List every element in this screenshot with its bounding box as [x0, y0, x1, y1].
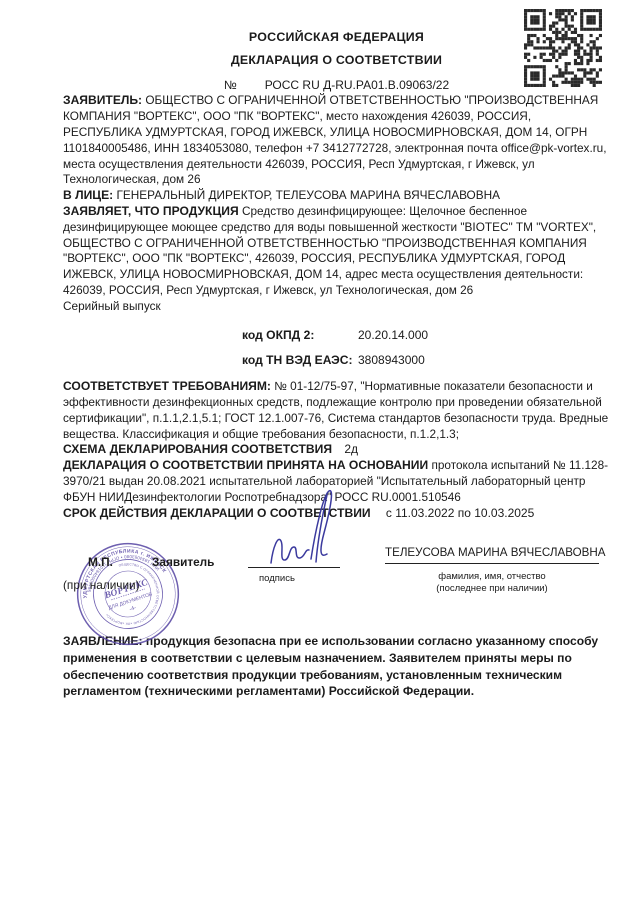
signature-line — [248, 549, 340, 568]
scheme-line: СХЕМА ДЕКЛАРИРОВАНИЯ СООТВЕТСТВИЯ 2д — [63, 442, 610, 458]
scheme-label: СХЕМА ДЕКЛАРИРОВАНИЯ СООТВЕТСТВИЯ — [63, 442, 332, 456]
if-available-label: (при наличии) — [63, 578, 140, 594]
person-text: ГЕНЕРАЛЬНЫЙ ДИРЕКТОР, ТЕЛЕУСОВА МАРИНА В… — [116, 188, 500, 202]
document-number: РОСС RU Д-RU.РА01.В.09063/22 — [265, 78, 449, 92]
requirements-paragraph: СООТВЕТСТВУЕТ ТРЕБОВАНИЯМ: № 01-12/75-97… — [63, 379, 610, 442]
validity-dates: с 11.03.2022 по 10.03.2025 — [386, 506, 534, 520]
applicant-role-label: Заявитель — [152, 555, 214, 571]
product-paragraph: ЗАЯВЛЯЕТ, ЧТО ПРОДУКЦИЯ Средство дезинфи… — [63, 204, 610, 315]
okpd-code-label: код ОКПД 2: — [242, 328, 358, 344]
basis-label: ДЕКЛАРАЦИЯ О СООТВЕТСТВИИ ПРИНЯТА НА ОСН… — [63, 458, 428, 472]
okpd-code-value: 20.20.14.000 — [358, 328, 428, 344]
fio-caption-line1: фамилия, имя, отчество — [385, 571, 599, 582]
person-paragraph: В ЛИЦЕ: ГЕНЕРАЛЬНЫЙ ДИРЕКТОР, ТЕЛЕУСОВА … — [63, 188, 610, 204]
tnved-code-row: код ТН ВЭД ЕАЭС: 3808943000 — [63, 353, 610, 369]
signer-full-name: ТЕЛЕУСОВА МАРИНА ВЯЧЕСЛАВОВНА — [385, 545, 599, 564]
person-label: В ЛИЦЕ: — [63, 188, 113, 202]
declaration-document: РОССИЙСКАЯ ФЕДЕРАЦИЯ ДЕКЛАРАЦИЯ О СООТВЕ… — [0, 0, 636, 899]
requirements-label: СООТВЕТСТВУЕТ ТРЕБОВАНИЯМ: — [63, 379, 271, 393]
qr-code — [524, 9, 602, 87]
signing-area: УДМУРТСКАЯ РЕСПУБЛИКА г. ИЖЕВСК ИНН 1834… — [63, 525, 610, 633]
document-content: РОССИЙСКАЯ ФЕДЕРАЦИЯ ДЕКЛАРАЦИЯ О СООТВЕ… — [0, 0, 636, 700]
tnved-code-label: код ТН ВЭД ЕАЭС: — [242, 353, 358, 369]
fio-caption-line2: (последнее при наличии) — [385, 583, 599, 594]
product-label: ЗАЯВЛЯЕТ, ЧТО ПРОДУКЦИЯ — [63, 204, 239, 218]
number-sign: № — [224, 78, 237, 92]
signature-caption: подпись — [259, 571, 295, 587]
stamp-number-text: -4- — [129, 605, 137, 613]
okpd-code-row: код ОКПД 2: 20.20.14.000 — [63, 328, 610, 344]
codes-section: код ОКПД 2: 20.20.14.000 код ТН ВЭД ЕАЭС… — [63, 328, 610, 370]
stamp-place-label: М.П. — [88, 555, 113, 571]
scheme-value: 2д — [344, 442, 358, 456]
tnved-code-value: 3808943000 — [358, 353, 425, 369]
serial-issue: Серийный выпуск — [63, 299, 161, 313]
applicant-text: ОБЩЕСТВО С ОГРАНИЧЕННОЙ ОТВЕТСТВЕННОСТЬЮ… — [63, 93, 607, 186]
applicant-paragraph: ЗАЯВИТЕЛЬ: ОБЩЕСТВО С ОГРАНИЧЕННОЙ ОТВЕТ… — [63, 93, 610, 188]
applicant-label: ЗАЯВИТЕЛЬ: — [63, 93, 142, 107]
